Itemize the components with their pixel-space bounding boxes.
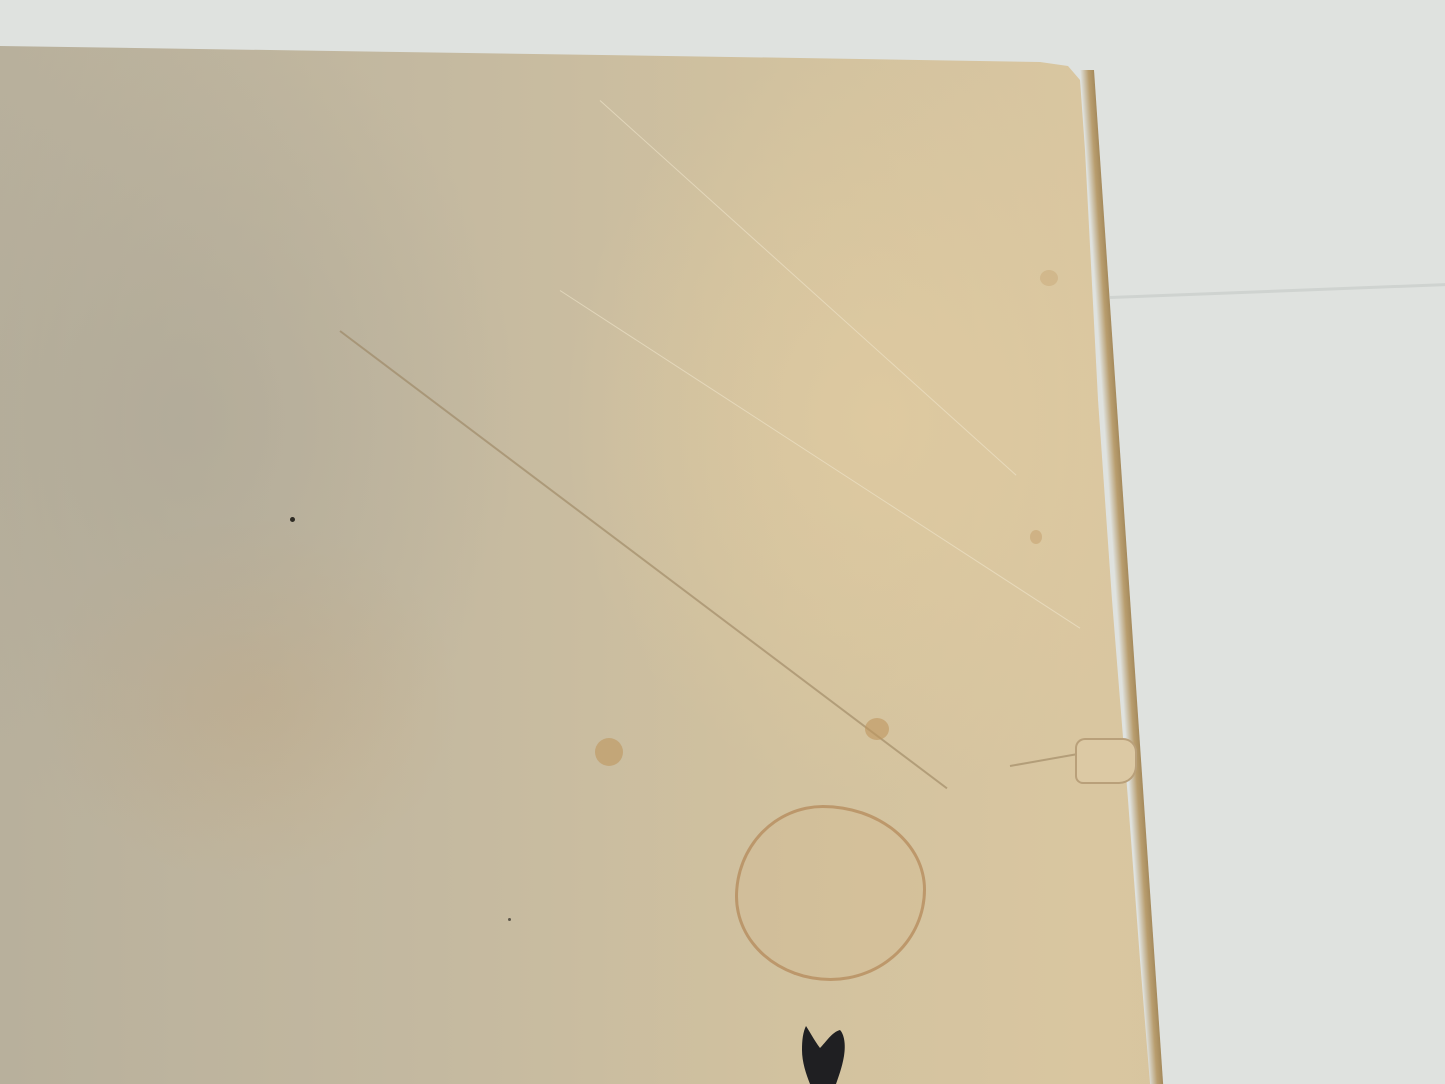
stain-spot — [595, 738, 623, 766]
stain-spot — [865, 718, 889, 740]
black-ink-mark — [798, 1022, 858, 1084]
stain-spot — [1030, 530, 1042, 544]
torn-corner-flap — [1075, 738, 1137, 784]
photo-scene — [0, 0, 1445, 1084]
dirt-speck — [508, 918, 511, 921]
aged-paper-cover — [0, 0, 1445, 1084]
table-surface-seam — [1110, 283, 1445, 299]
water-stain-ring — [735, 805, 926, 981]
stain-spot — [1040, 270, 1058, 286]
dirt-speck — [290, 517, 295, 522]
